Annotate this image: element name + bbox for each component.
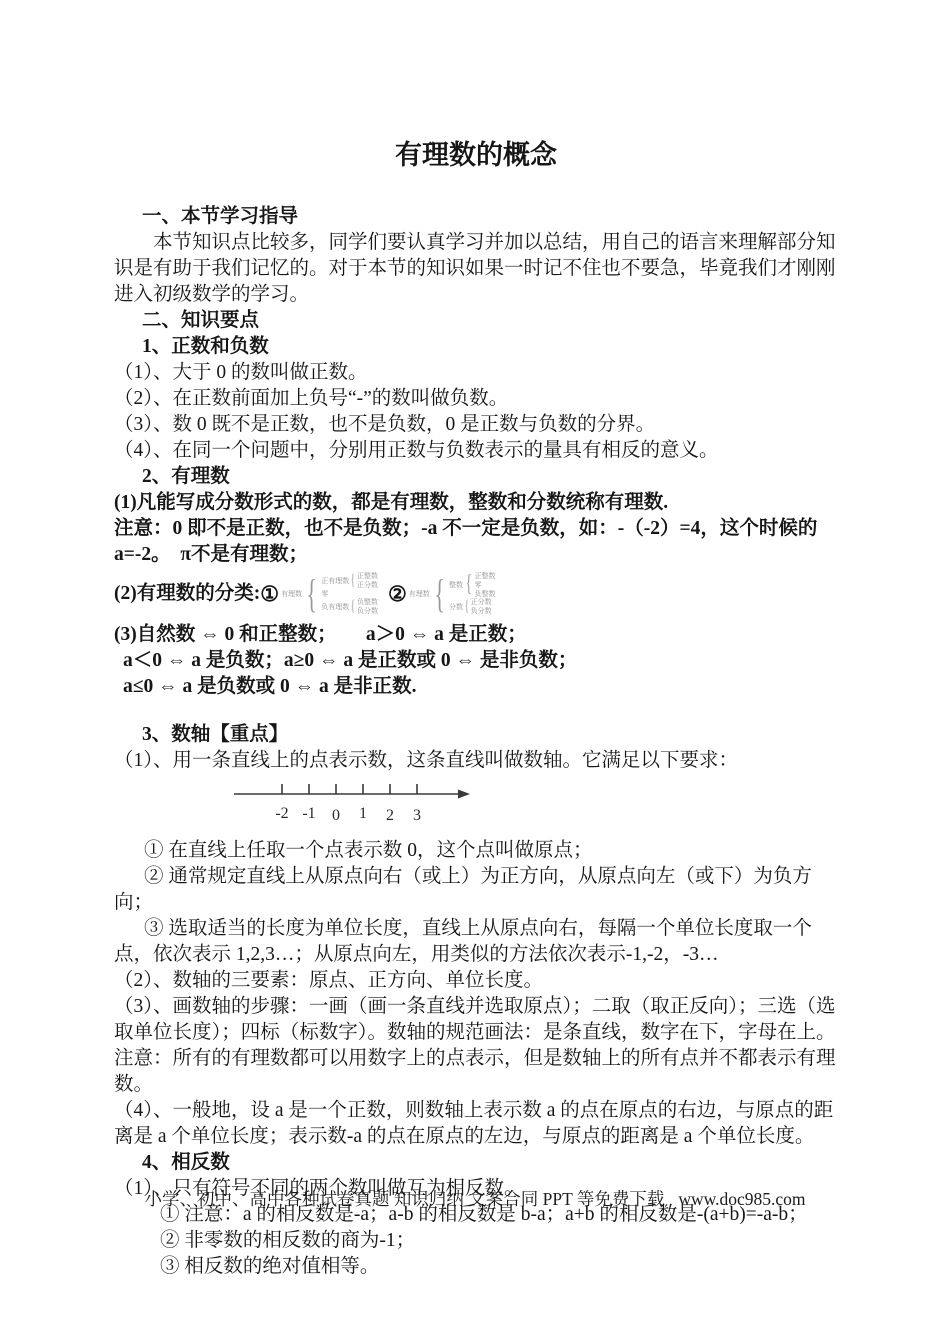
rationals-definition: (1)凡能写成分数形式的数，都是有理数，整数和分数统称有理数.: [114, 490, 838, 516]
section-guide-body: 本节知识点比较多，同学们要认真学习并加以总结，用自己的语言来理解部分知识是有助于…: [114, 230, 838, 308]
tree2-leaf: 正整数: [475, 572, 496, 581]
number-line-figure: -2 -1 0 1 2 3: [232, 780, 838, 832]
equivalence-line: a≤0 ⇔ a 是负数或 0 ⇔ a 是非正数.: [114, 674, 838, 700]
tree1-leaf: 正分数: [357, 581, 378, 590]
page-title: 有理数的概念: [114, 138, 838, 172]
rationals-classification-row: (2)有理数的分类: ① 有理数 { 正有理数 { 正整数 正分数 零 负有理数: [114, 570, 838, 618]
tree1-branch-label: 负有理数: [321, 603, 349, 612]
brace-glyph: {: [351, 574, 355, 588]
tree2-leaf: 正分数: [471, 598, 492, 607]
number-line-svg: -2 -1 0 1 2 3: [232, 780, 482, 830]
axis-item: ③ 选取适当的长度为单位长度，直线上从原点向右，每隔一个单位长度取一个点，依次表…: [114, 916, 838, 968]
tick-label: 2: [386, 807, 394, 824]
positives-item: （1）、大于 0 的数叫做正数。: [114, 360, 838, 386]
subsection-rationals-heading: 2、有理数: [114, 464, 838, 490]
tick-label: 1: [359, 805, 367, 822]
positives-item: （2）、在正数前面加上负号“-”的数叫做负数。: [114, 386, 838, 412]
subsection-opposites-heading: 4、相反数: [114, 1150, 838, 1176]
tree1-leaf: 正整数: [357, 572, 378, 581]
brace-glyph: {: [465, 600, 469, 614]
brace-glyph: {: [306, 576, 317, 612]
tick-label: -2: [275, 805, 288, 822]
opposites-item: ③ 相反数的绝对值相等。: [114, 1254, 838, 1280]
tree1-branch-label: 零: [321, 590, 328, 599]
footer-url: www.doc985.com: [678, 1189, 805, 1209]
equivalence-line: (3)自然数 ⇔ 0 和正整数； a＞0 ⇔ a 是正数；: [114, 622, 838, 648]
section-points-heading: 二、知识要点: [114, 308, 838, 334]
tree2-branch-label: 分数: [449, 603, 463, 612]
section-guide-heading: 一、本节学习指导: [114, 204, 838, 230]
positives-item: （3）、数 0 既不是正数，也不是负数，0 是正数与负数的分界。: [114, 412, 838, 438]
footer-text: 小学、初中、高中各种试卷真题 知识归纳 文案合同 PPT 等免费下载: [144, 1189, 664, 1209]
brace-glyph: {: [434, 576, 445, 612]
tick-label: -1: [302, 805, 315, 822]
axis-item: ① 在直线上任取一个点表示数 0，这个点叫做原点；: [114, 838, 838, 864]
brace-glyph: {: [466, 574, 472, 596]
equivalence-line: a＜0 ⇔ a 是负数；a≥0 ⇔ a 是正数或 0 ⇔ 是非负数；: [114, 648, 838, 674]
tree1-branch-label: 正有理数: [321, 577, 349, 586]
opposites-item: ② 非零数的相反数的商为-1；: [114, 1228, 838, 1254]
axis-item: ② 通常规定直线上从原点向右（或上）为正方向，从原点向左（或下）为负方向；: [114, 864, 838, 916]
tree1-root: 有理数: [281, 590, 302, 599]
subsection-positives-heading: 1、正数和负数: [114, 334, 838, 360]
classification-label: (2)有理数的分类:: [114, 581, 260, 607]
document-page: 有理数的概念 一、本节学习指导 本节知识点比较多，同学们要认真学习并加以总结，用…: [0, 0, 950, 1344]
page-footer: 小学、初中、高中各种试卷真题 知识归纳 文案合同 PPT 等免费下载www.do…: [0, 1186, 950, 1211]
classification-tree-1: 有理数 { 正有理数 { 正整数 正分数 零 负有理数 {: [281, 572, 378, 616]
classification-tree-2: 有理数 { 整数 { 正整数 零 负整数 分数 { 正分数: [409, 572, 496, 616]
axis-arrow-icon: [458, 790, 470, 799]
axis-note: 注意：所有的有理数都可以用数字上的点表示，但是数轴上的所有点并不都表示有理数。: [114, 1046, 838, 1098]
tree1-leaf: 负分数: [357, 607, 378, 616]
axis-intro: （1）、用一条直线上的点表示数，这条直线叫做数轴。它满足以下要求：: [114, 748, 838, 774]
subsection-axis-heading: 3、数轴【重点】: [114, 722, 838, 748]
axis-general: （4）、一般地，设 a 是一个正数，则数轴上表示数 a 的点在原点的右边，与原点…: [114, 1098, 838, 1150]
tree2-leaf: 零: [475, 581, 496, 590]
axis-steps: （3）、画数轴的步骤：一画（画一条直线并选取原点）；二取（取正反向）；三选（选取…: [114, 994, 838, 1046]
circled-1-marker: ①: [260, 581, 279, 607]
tree1-leaf: 负整数: [357, 598, 378, 607]
axis-elements: （2）、数轴的三要素：原点、正方向、单位长度。: [114, 968, 838, 994]
circled-2-marker: ②: [388, 581, 407, 607]
tree2-leaf: 负分数: [471, 607, 492, 616]
tree2-root: 有理数: [409, 590, 430, 599]
positives-item: （4）、在同一个问题中，分别用正数与负数表示的量具有相反的意义。: [114, 438, 838, 464]
tick-label: 0: [332, 807, 340, 824]
rationals-note: 注意：0 即不是正数，也不是负数；-a 不一定是负数，如：-（-2）=4，这个时…: [114, 516, 838, 568]
brace-glyph: {: [351, 600, 355, 614]
tick-label: 3: [413, 807, 421, 824]
tree2-branch-label: 整数: [449, 581, 463, 590]
